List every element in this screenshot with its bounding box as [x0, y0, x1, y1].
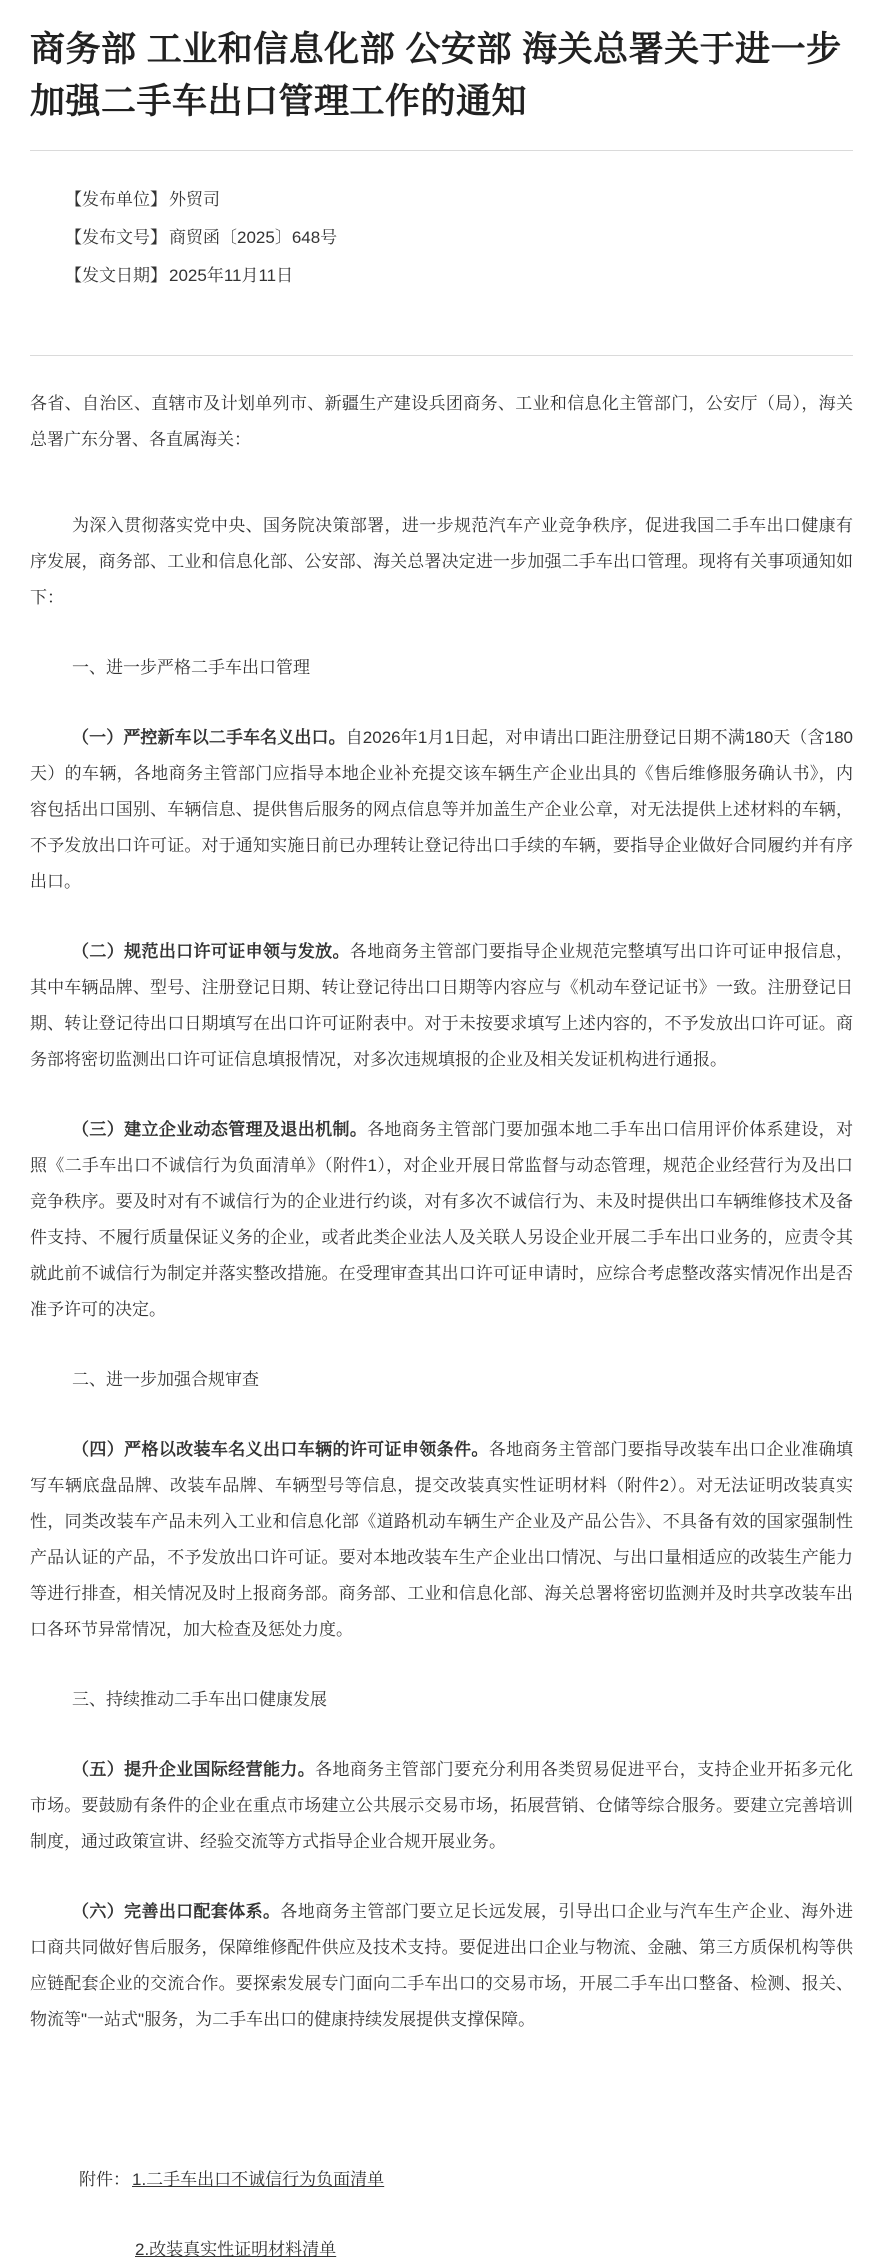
item-paragraph-3: （三）建立企业动态管理及退出机制。各地商务主管部门要加强本地二手车出口信用评价体…: [30, 1112, 853, 1328]
meta-row-document-number: 【发布文号】商贸函〔2025〕648号: [65, 219, 853, 257]
attachment-row-2: 2.改装真实性证明材料清单: [135, 2232, 853, 2260]
document-body: 各省、自治区、直辖市及计划单列市、新疆生产建设兵团商务、工业和信息化主管部门，公…: [30, 356, 853, 2072]
meta-block: 【发布单位】外贸司 【发布文号】商贸函〔2025〕648号 【发文日期】2025…: [65, 181, 853, 295]
meta-label-issue-date: 【发文日期】: [65, 266, 167, 285]
item-paragraph-1: （一）严控新车以二手车名义出口。自2026年1月1日起，对申请出口距注册登记日期…: [30, 720, 853, 900]
salutation: 各省、自治区、直辖市及计划单列市、新疆生产建设兵团商务、工业和信息化主管部门，公…: [30, 386, 853, 458]
intro-paragraph: 为深入贯彻落实党中央、国务院决策部署，进一步规范汽车产业竞争秩序，促进我国二手车…: [30, 508, 853, 616]
section-heading-1: 一、进一步严格二手车出口管理: [30, 650, 853, 686]
item-body-1: 自2026年1月1日起，对申请出口距注册登记日期不满180天（含180天）的车辆…: [30, 728, 853, 891]
meta-row-issuing-unit: 【发布单位】外贸司: [65, 181, 853, 219]
meta-value-issue-date: 2025年11月11日: [169, 266, 293, 285]
section-heading-2: 二、进一步加强合规审查: [30, 1362, 853, 1398]
item-paragraph-4: （四）严格以改装车名义出口车辆的许可证申领条件。各地商务主管部门要指导改装车出口…: [30, 1432, 853, 1648]
page-title: 商务部 工业和信息化部 公安部 海关总署关于进一步 加强二手车出口管理工作的通知: [30, 24, 853, 128]
item-lead-1: （一）严控新车以二手车名义出口。: [72, 728, 346, 747]
item-paragraph-2: （二）规范出口许可证申领与发放。各地商务主管部门要指导企业规范完整填写出口许可证…: [30, 934, 853, 1078]
meta-label-document-number: 【发布文号】: [65, 228, 167, 247]
document-page: 商务部 工业和信息化部 公安部 海关总署关于进一步 加强二手车出口管理工作的通知…: [0, 24, 883, 2260]
attachment-row-1: 附件：1.二手车出口不诚信行为负面清单: [79, 2162, 853, 2198]
meta-label-issuing-unit: 【发布单位】: [65, 190, 167, 209]
item-body-6: 各地商务主管部门要立足长远发展，引导出口企业与汽车生产企业、海外进口商共同做好售…: [30, 1902, 853, 2029]
section-heading-3: 三、持续推动二手车出口健康发展: [30, 1682, 853, 1718]
item-lead-4: （四）严格以改装车名义出口车辆的许可证申领条件。: [72, 1440, 489, 1459]
meta-row-issue-date: 【发文日期】2025年11月11日: [65, 257, 853, 295]
item-lead-5: （五）提升企业国际经营能力。: [72, 1760, 315, 1779]
item-paragraph-6: （六）完善出口配套体系。各地商务主管部门要立足长远发展，引导出口企业与汽车生产企…: [30, 1894, 853, 2038]
attachment-link-1[interactable]: 1.二手车出口不诚信行为负面清单: [132, 2170, 384, 2189]
top-divider: [30, 150, 853, 151]
item-lead-3: （三）建立企业动态管理及退出机制。: [72, 1120, 367, 1139]
meta-value-issuing-unit: 外贸司: [169, 190, 220, 209]
item-body-2: 各地商务主管部门要指导企业规范完整填写出口许可证申报信息，其中车辆品牌、型号、注…: [30, 942, 853, 1069]
item-body-4: 各地商务主管部门要指导改装车出口企业准确填写车辆底盘品牌、改装车品牌、车辆型号等…: [30, 1440, 853, 1639]
item-paragraph-5: （五）提升企业国际经营能力。各地商务主管部门要充分利用各类贸易促进平台，支持企业…: [30, 1752, 853, 1860]
attachments-label: 附件：: [79, 2170, 130, 2189]
item-body-3: 各地商务主管部门要加强本地二手车出口信用评价体系建设，对照《二手车出口不诚信行为…: [30, 1120, 853, 1319]
attachments-block: 附件：1.二手车出口不诚信行为负面清单 2.改装真实性证明材料清单: [79, 2162, 853, 2260]
item-lead-2: （二）规范出口许可证申领与发放。: [72, 942, 350, 961]
page-title-line2: 加强二手车出口管理工作的通知: [30, 76, 853, 128]
item-lead-6: （六）完善出口配套体系。: [72, 1902, 280, 1921]
meta-value-document-number: 商贸函〔2025〕648号: [169, 228, 337, 247]
attachment-link-2[interactable]: 2.改装真实性证明材料清单: [135, 2240, 336, 2259]
page-title-line1: 商务部 工业和信息化部 公安部 海关总署关于进一步: [30, 24, 853, 76]
